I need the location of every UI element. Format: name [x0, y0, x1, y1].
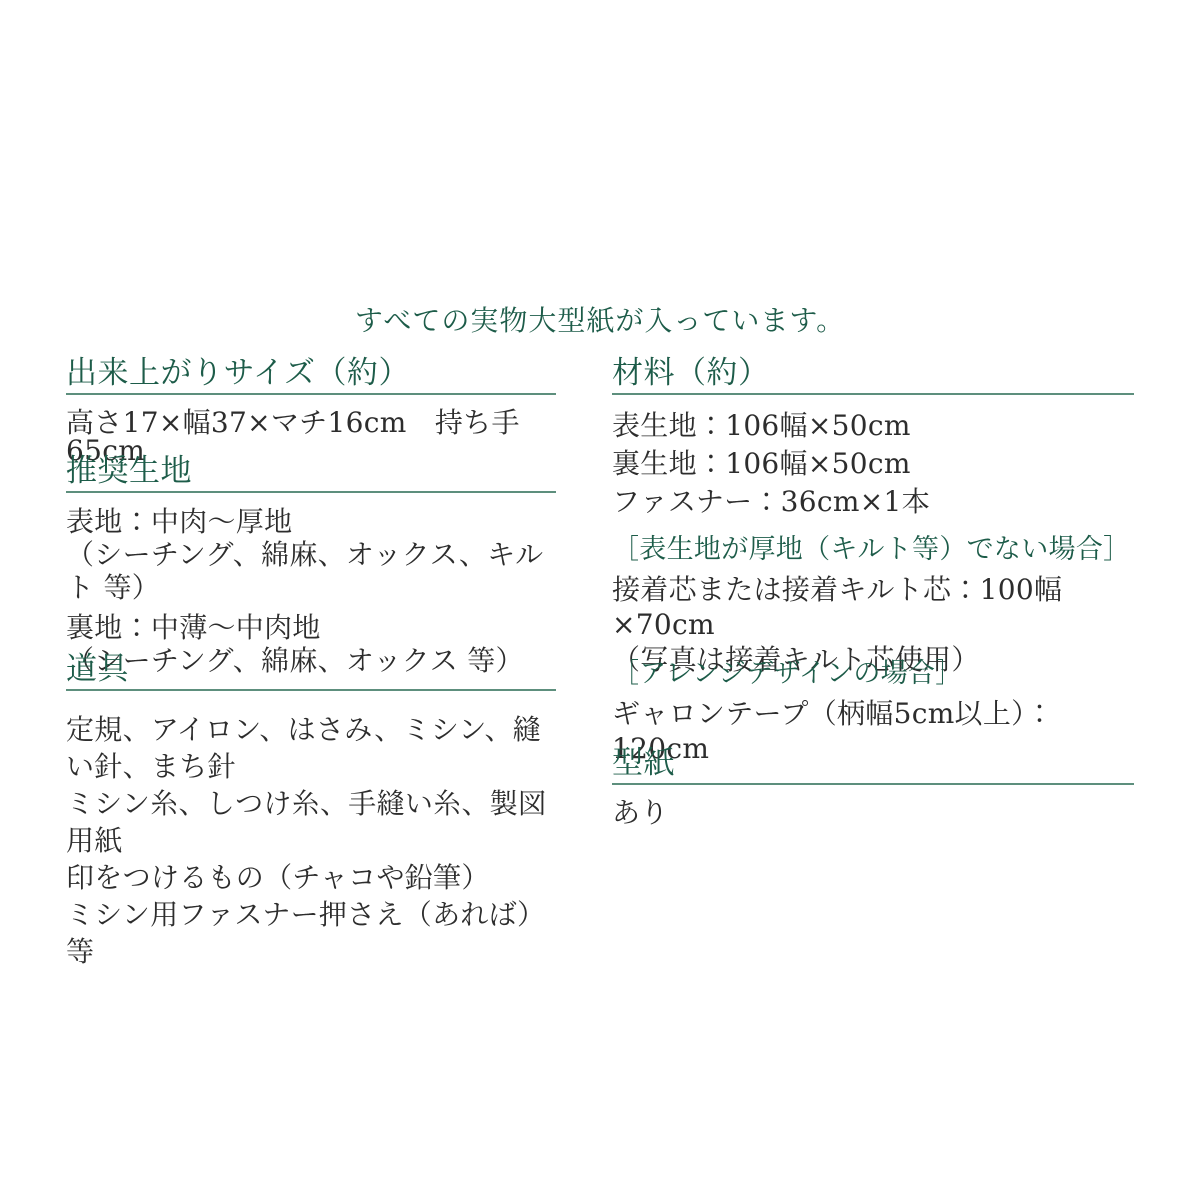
finished-size-heading: 出来上がりサイズ（約）	[66, 358, 556, 395]
materials-body: 表生地：106幅×50cm 裏生地：106幅×50cm ファスナー：36cm×1…	[612, 407, 1134, 521]
materials-outer-fabric: 表生地：106幅×50cm	[612, 407, 1134, 445]
interfacing-spec: 接着芯または接着キルト芯：100幅×70cm	[612, 572, 1134, 642]
section-recommended-fabric: 推奨生地 表地：中肉～厚地 （シーチング、綿麻、オックス、キルト 等） 裏地：中…	[66, 456, 556, 677]
outer-fabric-examples: （シーチング、綿麻、オックス、キルト 等）	[66, 538, 556, 604]
page-title: すべての実物大型紙が入っています。	[0, 306, 1200, 337]
materials-heading: 材料（約）	[612, 358, 1134, 395]
recommended-fabric-heading: 推奨生地	[66, 456, 556, 493]
tools-line: 印をつけるもの（チャコや鉛筆）	[66, 859, 556, 896]
tools-line: ミシン糸、しつけ糸、手縫い糸、製図用紙	[66, 785, 556, 859]
materials-lining-fabric: 裏生地：106幅×50cm	[612, 445, 1134, 483]
spec-page: すべての実物大型紙が入っています。 出来上がりサイズ（約） 高さ17×幅37×マ…	[0, 0, 1200, 1200]
section-tools: 道具 定規、アイロン、はさみ、ミシン、縫い針、まち針 ミシン糸、しつけ糸、手縫い…	[66, 654, 556, 970]
tools-line: 定規、アイロン、はさみ、ミシン、縫い針、まち針	[66, 711, 556, 785]
pattern-heading: 型紙	[612, 748, 1134, 785]
section-interfacing-note: ［表生地が厚地（キルト等）でない場合］ 接着芯または接着キルト芯：100幅×70…	[612, 534, 1134, 677]
section-materials: 材料（約） 表生地：106幅×50cm 裏生地：106幅×50cm ファスナー：…	[612, 358, 1134, 521]
recommended-fabric-body: 表地：中肉～厚地 （シーチング、綿麻、オックス、キルト 等） 裏地：中薄～中肉地…	[66, 505, 556, 677]
tools-heading: 道具	[66, 654, 556, 691]
tools-body: 定規、アイロン、はさみ、ミシン、縫い針、まち針 ミシン糸、しつけ糸、手縫い糸、製…	[66, 711, 556, 970]
materials-zipper: ファスナー：36cm×1本	[612, 483, 1134, 521]
interfacing-condition-label: ［表生地が厚地（キルト等）でない場合］	[612, 534, 1134, 566]
tools-line: ミシン用ファスナー押さえ（あれば） 等	[66, 896, 556, 970]
pattern-value: あり	[612, 799, 1134, 827]
section-finished-size: 出来上がりサイズ（約） 高さ17×幅37×マチ16cm 持ち手65cm	[66, 358, 556, 465]
lining-fabric-label: 裏地：中薄～中肉地	[66, 611, 556, 644]
section-pattern: 型紙 あり	[612, 748, 1134, 827]
outer-fabric-label: 表地：中肉～厚地	[66, 505, 556, 538]
arrange-condition-label: ［アレンジデザインの場合］	[612, 658, 1134, 690]
